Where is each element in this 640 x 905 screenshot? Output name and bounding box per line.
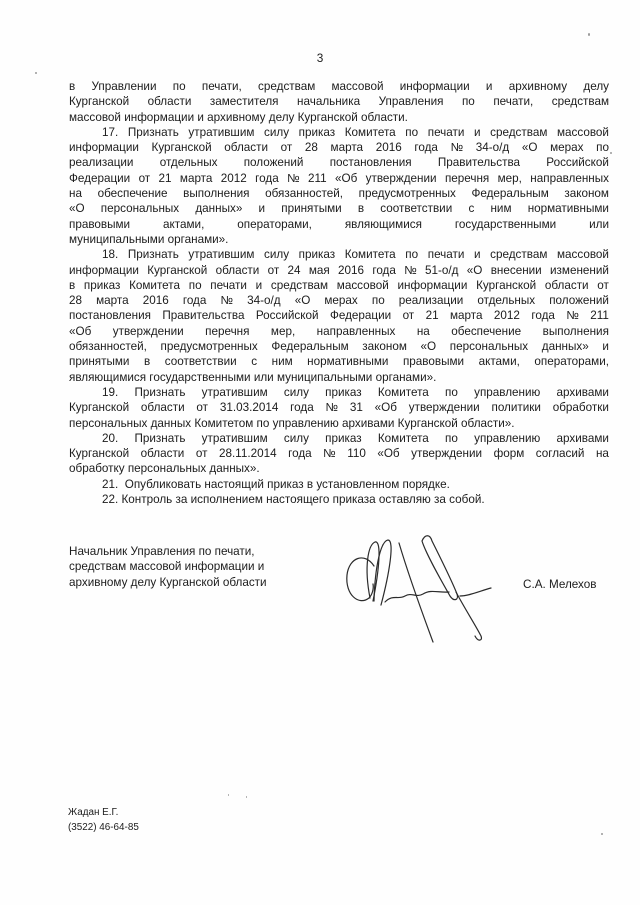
text-line: обязанностей,предусмотренныхФедеральнымз… [69, 339, 609, 354]
text-line: информацииКурганскойобластиот24мая2016го… [69, 263, 609, 278]
text-line: массовой информации и архивному делу Кур… [69, 110, 609, 125]
text-line: наобеспечениевыполненияобязанностей,пред… [69, 186, 609, 201]
text-line: 18.ПризнатьутратившимсилуприказКомитетап… [69, 247, 609, 262]
text-line: муниципальными органами». [69, 232, 609, 247]
text-line: Курганскойобластиот31.03.2014года№31«Обу… [69, 400, 609, 415]
document-page: 3 вУправлениипопечати,средстваммассовойи… [0, 0, 640, 905]
text-line: 20.ПризнатьутратившимсилуприказКомитетап… [69, 431, 609, 446]
text-line: информацииКурганскойобластиот28марта2016… [69, 140, 609, 155]
text-line: постановленияПравительстваРоссийскойФеде… [69, 308, 609, 323]
text-line: являющимися государственными или муницип… [69, 370, 609, 385]
text-line: 17.ПризнатьутратившимсилуприказКомитетап… [69, 125, 609, 140]
text-line: персональных данных Комитетом по управле… [69, 416, 609, 431]
scan-speck [610, 152, 612, 154]
text-line: 28марта2016года№34-о/д«Омерахпореализаци… [69, 293, 609, 308]
text-line: «Оперсональныхданных»ипринятымивсоответс… [69, 201, 609, 216]
executor-footer: Жадан Е.Г. (3522) 46-64-85 [68, 806, 139, 835]
text-line: вУправлениипопечати,средстваммассовойинф… [69, 79, 609, 94]
scan-speck [246, 796, 247, 798]
document-body: вУправлениипопечати,средстваммассовойинф… [69, 79, 609, 507]
handwritten-signature-icon [325, 505, 510, 660]
scan-speck [601, 833, 603, 835]
text-line: «Обутвержденииперечнямер,направленныхнао… [69, 324, 609, 339]
text-line: реализацииотдельныхположенийпостановлени… [69, 155, 609, 170]
text-line: принятымивсоответствииснимнормативнымипр… [69, 354, 609, 369]
text-line: 19.ПризнатьутратившимсилуприказКомитетап… [69, 385, 609, 400]
text-line: Курганскойобластиот28.11.2014года№110«Об… [69, 446, 609, 461]
scan-speck [588, 33, 590, 36]
signer-name: С.А. Мелехов [523, 578, 596, 591]
executor-name: Жадан Е.Г. [68, 806, 139, 821]
text-line: 21. Опубликовать настоящий приказ в уста… [69, 477, 609, 492]
executor-phone: (3522) 46-64-85 [68, 821, 139, 836]
scan-speck [35, 72, 37, 74]
text-line: вприказКомитетапопечатиисредстваммассово… [69, 278, 609, 293]
text-line: Федерацииот21марта2012года№211«Обутвержд… [69, 171, 609, 186]
text-line: обработку персональных данных». [69, 461, 609, 476]
scan-speck [228, 794, 229, 796]
page-number: 3 [0, 51, 640, 66]
text-line: правовымиактами,операторами,являющимисяг… [69, 217, 609, 232]
text-line: КурганскойобластизаместителяначальникаУп… [69, 94, 609, 109]
